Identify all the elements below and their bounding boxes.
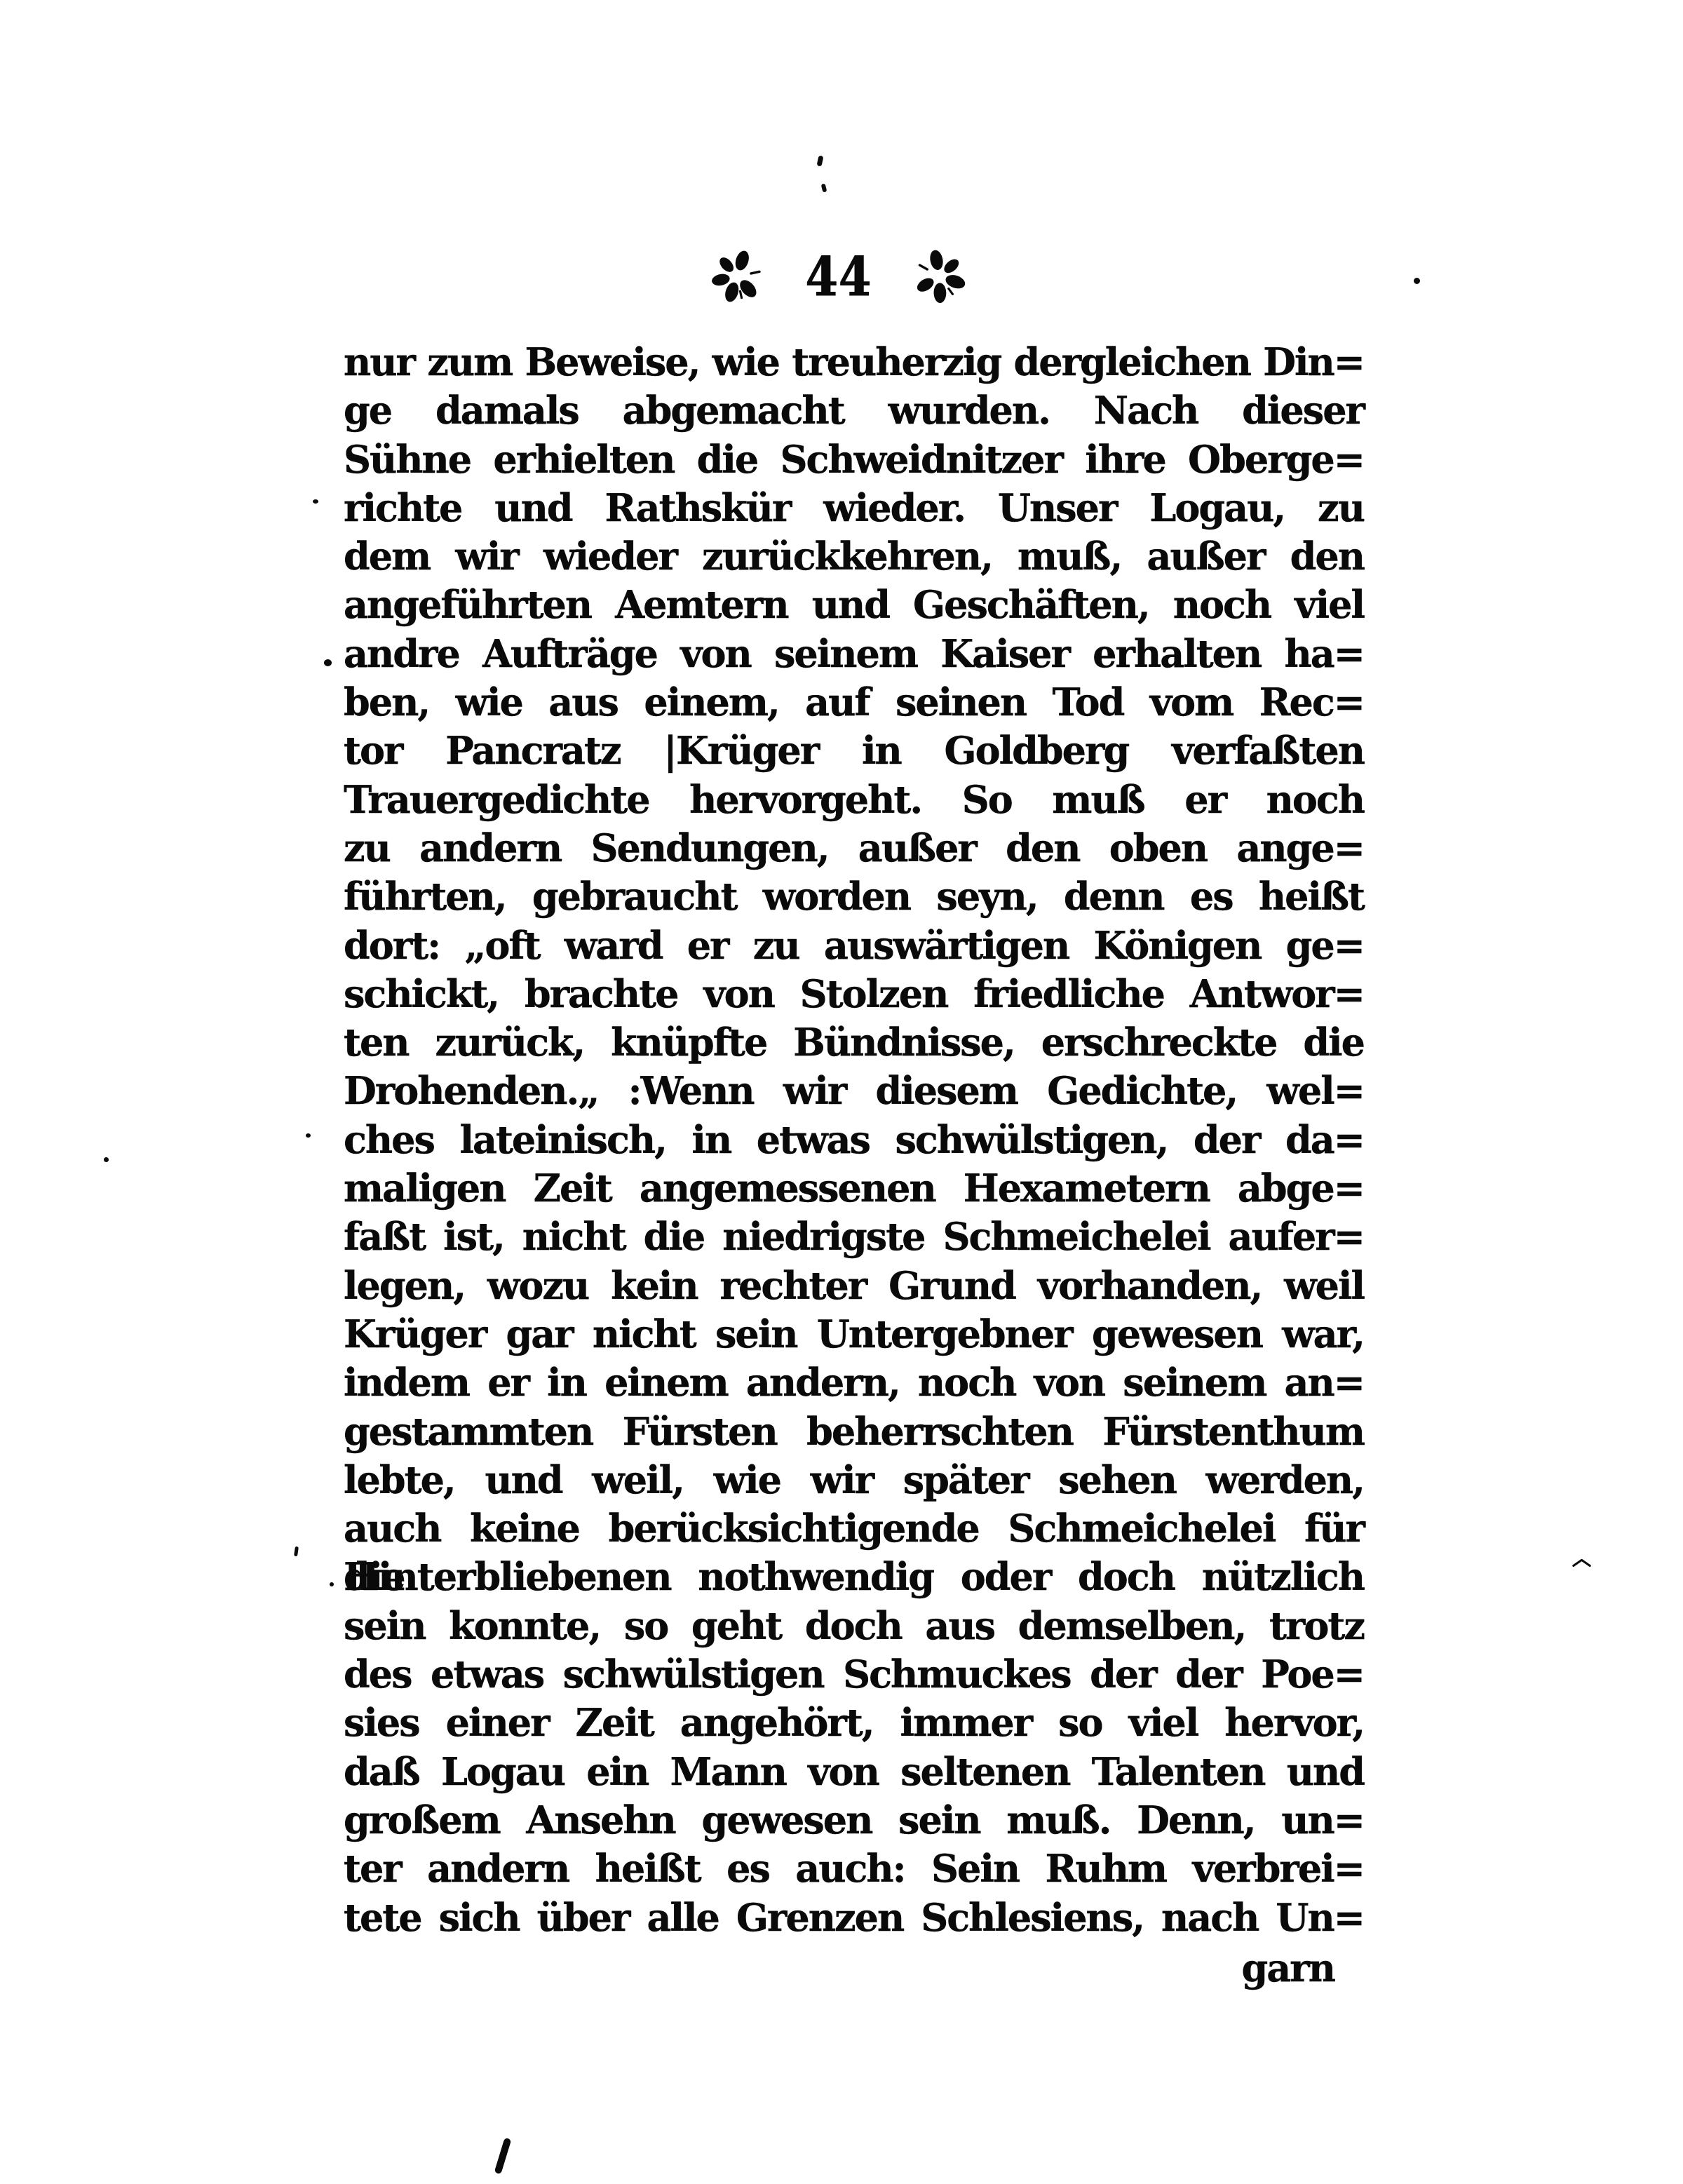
fleuron-asterisk-right-icon	[910, 246, 970, 306]
text-line: richte und Rathskür wieder. Unser Logau,…	[344, 484, 1364, 532]
text-line: maligen Zeit angemessenen Hexametern abg…	[344, 1164, 1364, 1213]
ink-speck	[1414, 278, 1420, 284]
text-line: angeführten Aemtern und Geschäften, noch…	[344, 581, 1364, 629]
ink-speck	[330, 1582, 334, 1586]
text-line: dort: „oft ward er zu auswärtigen Könige…	[344, 922, 1364, 970]
ink-speck	[294, 1546, 299, 1557]
fleuron-asterisk-left-icon	[707, 246, 767, 306]
text-line: lebte, und weil, wie wir später sehen we…	[344, 1456, 1364, 1504]
ink-speck	[821, 183, 827, 192]
text-line: Hinterbliebenen nothwendig oder doch nüt…	[344, 1553, 1364, 1601]
text-line: daß Logau ein Mann von seltenen Talenten…	[344, 1748, 1364, 1796]
text-line: tor Pancratz |Krüger in Goldberg verfaßt…	[344, 727, 1364, 775]
text-line: schickt, brachte von Stolzen friedliche …	[344, 970, 1364, 1018]
page-header: 44	[707, 244, 970, 309]
text-line: ches lateinisch, in etwas schwülstigen, …	[344, 1116, 1364, 1164]
text-line: Trauergedichte hervorgeht. So muß er noc…	[344, 776, 1364, 824]
book-page: 44 nur zum Beweise, wie treuherzig dergl…	[0, 0, 1683, 2184]
ink-speck	[104, 1157, 109, 1162]
text-line: nur zum Beweise, wie treuherzig dergleic…	[344, 338, 1364, 386]
text-line: ben, wie aus einem, auf seinen Tod vom R…	[344, 678, 1364, 727]
page-number: 44	[805, 245, 872, 308]
text-line: indem er in einem andern, noch von seine…	[344, 1359, 1364, 1407]
text-line: sies einer Zeit angehört, immer so viel …	[344, 1699, 1364, 1747]
text-line: gestammten Fürsten beherrschten Fürstent…	[344, 1408, 1364, 1456]
text-line: ge damals abgemacht wurden. Nach dieser	[344, 386, 1364, 435]
text-line: des etwas schwülstigen Schmuckes der der…	[344, 1650, 1364, 1699]
ink-speck	[313, 499, 318, 504]
text-line: dem wir wieder zurückkehren, muß, außer …	[344, 532, 1364, 581]
text-line: andre Aufträge von seinem Kaiser erhalte…	[344, 630, 1364, 678]
margin-dot	[324, 659, 332, 666]
text-line: ter andern heißt es auch: Sein Ruhm verb…	[344, 1845, 1364, 1893]
text-line: zu andern Sendungen, außer den oben ange…	[344, 824, 1364, 872]
caret-mark	[1581, 1558, 1592, 1567]
text-line: Krüger gar nicht sein Untergebner gewese…	[344, 1310, 1364, 1359]
ink-speck	[817, 155, 824, 166]
text-line: großem Ansehn gewesen sein muß. Denn, un…	[344, 1796, 1364, 1845]
catchword: garn	[344, 1944, 1364, 1993]
text-line: Drohenden.„ :Wenn wir diesem Gedichte, w…	[344, 1067, 1364, 1115]
text-line: sein konnte, so geht doch aus demselben,…	[344, 1602, 1364, 1650]
text-line: auch keine berücksichtigende Schmeichele…	[344, 1504, 1364, 1553]
text-line: ten zurück, knüpfte Bündnisse, erschreck…	[344, 1018, 1364, 1067]
text-line: Sühne erhielten die Schweidnitzer ihre O…	[344, 436, 1364, 484]
ink-stroke	[494, 2138, 512, 2175]
body-text: nur zum Beweise, wie treuherzig dergleic…	[344, 338, 1364, 1942]
text-line: tete sich über alle Grenzen Schlesiens, …	[344, 1894, 1364, 1942]
text-line: legen, wozu kein rechter Grund vorhanden…	[344, 1262, 1364, 1310]
text-line: führten, gebraucht worden seyn, denn es …	[344, 872, 1364, 921]
text-line: faßt ist, nicht die niedrigste Schmeiche…	[344, 1213, 1364, 1261]
ink-speck	[306, 1133, 311, 1138]
